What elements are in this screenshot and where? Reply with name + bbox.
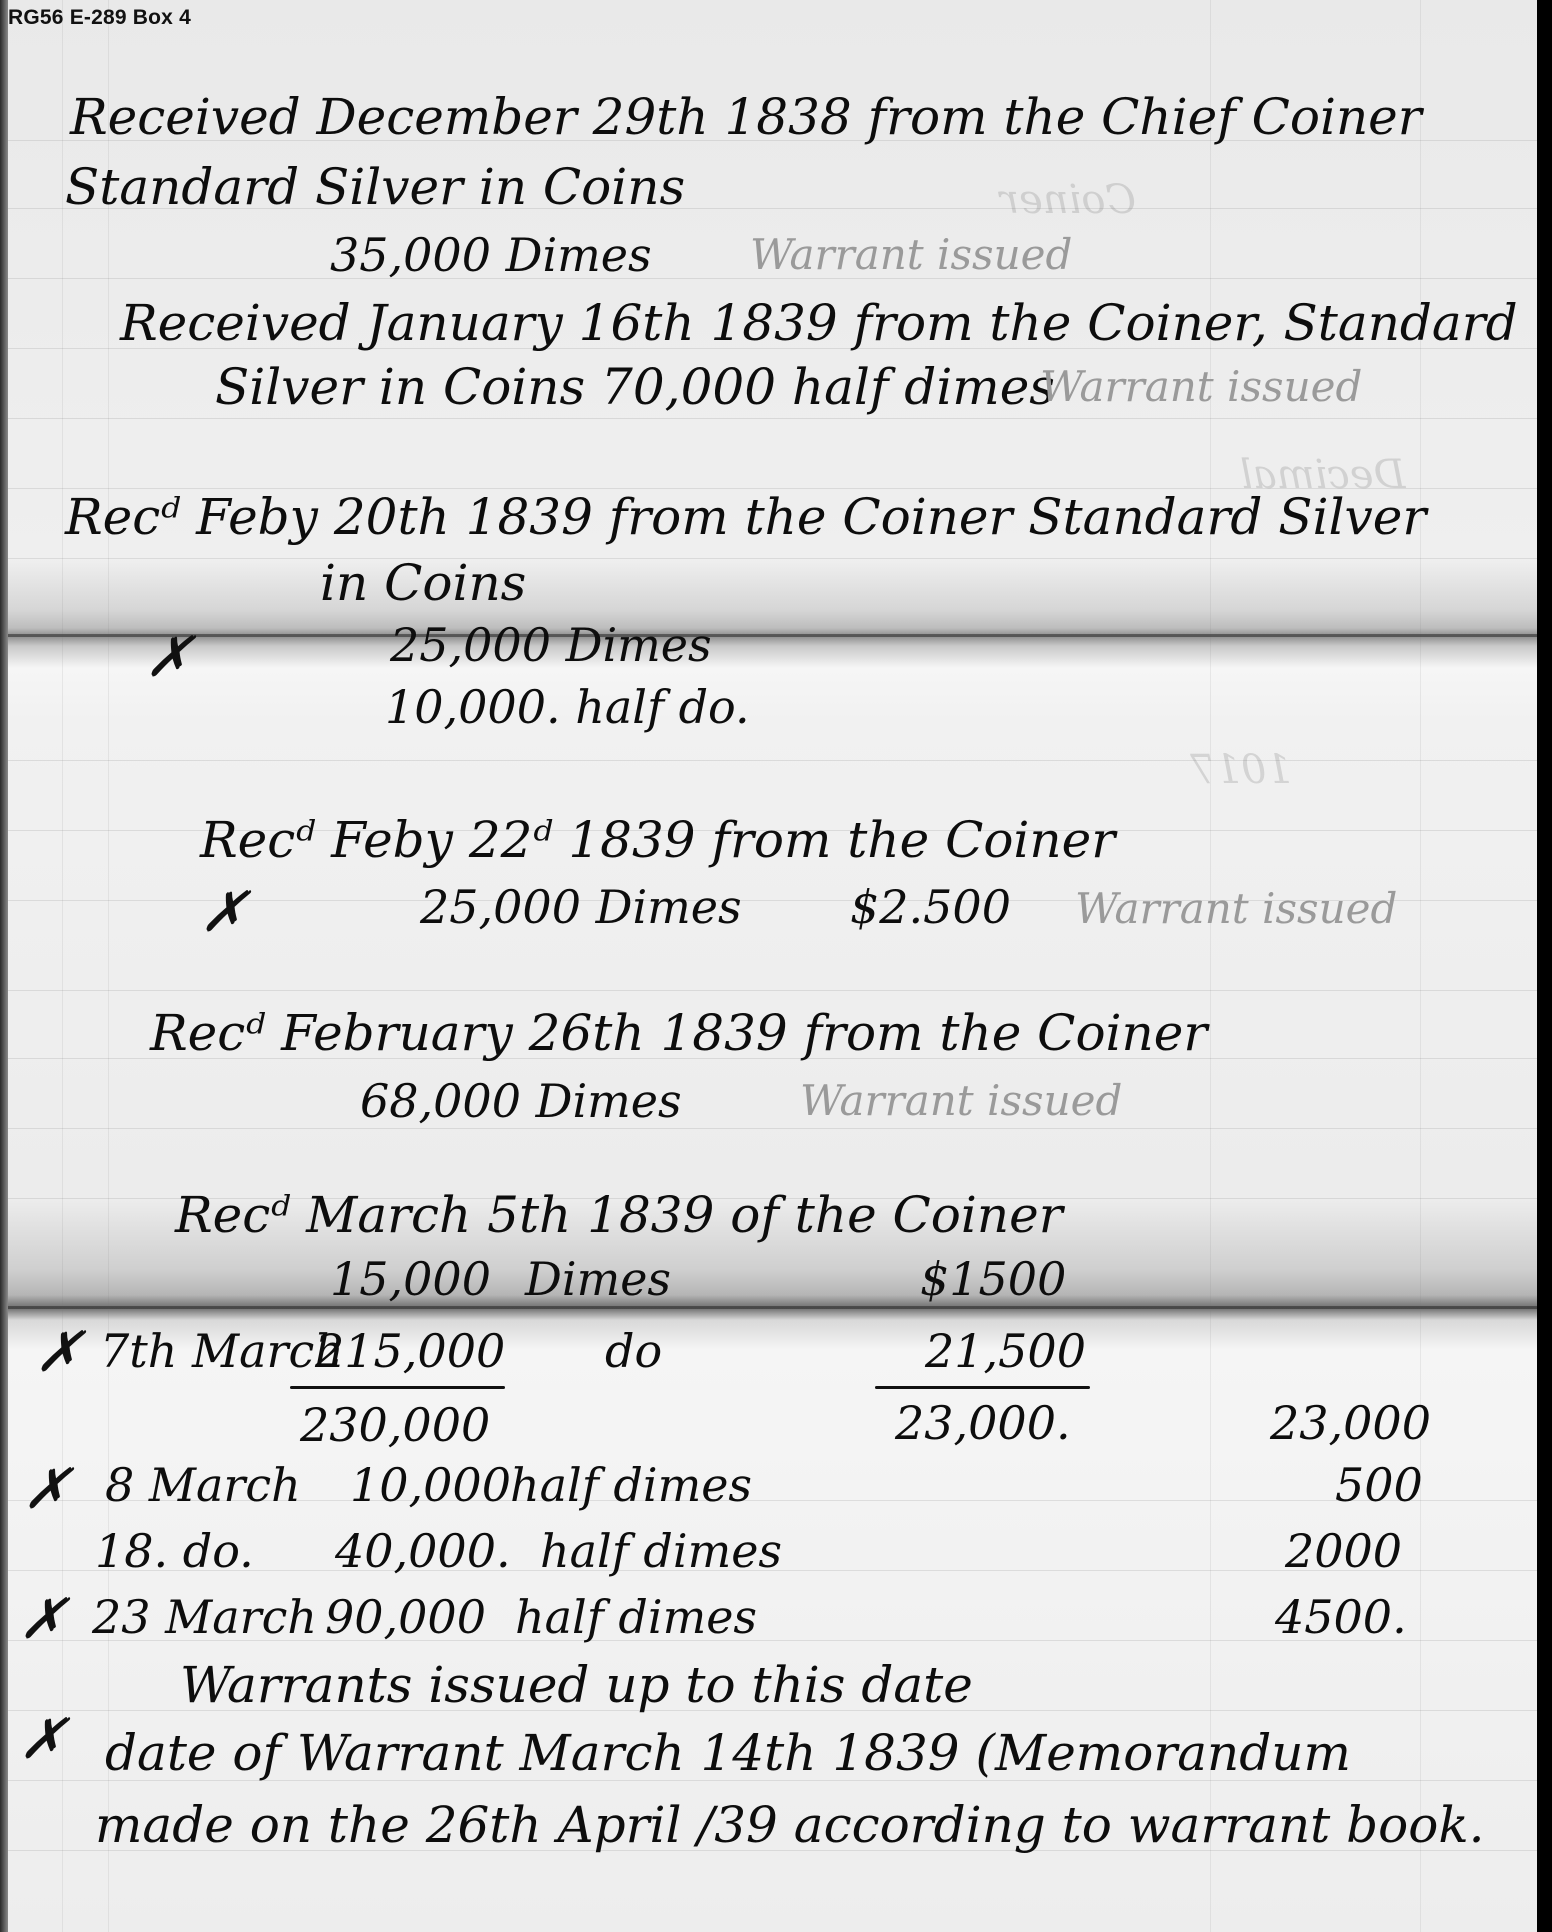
ruled-line <box>8 990 1537 991</box>
ledger-row-2-date: 18. do. <box>95 1528 254 1574</box>
ledger-row-3-qty: 90,000 <box>325 1594 486 1640</box>
bleed-through-text: 1017 <box>1190 750 1292 790</box>
ledger-row-3-amount: 4500. <box>1275 1594 1407 1640</box>
entry-2-line-2: Silver in Coins 70,000 half dimes <box>215 362 1055 412</box>
ledger-row-1-qty: 10,000 <box>350 1462 511 1508</box>
subtotal-underline <box>875 1386 1090 1389</box>
ruled-line <box>8 558 1537 559</box>
entry-5-amount: 68,000 Dimes <box>360 1078 682 1124</box>
entry-5-line-1: Recᵈ February 26th 1839 from the Coiner <box>150 1008 1207 1058</box>
entry-3-line-1: Recᵈ Feby 20th 1839 from the Coiner Stan… <box>65 492 1426 542</box>
ledger-row-1-amount: 500 <box>1335 1462 1423 1508</box>
scan-left-edge <box>0 0 8 1932</box>
ledger-row-1-date: 8 March <box>105 1462 301 1508</box>
fold-crease <box>8 634 1537 637</box>
memorandum-note: made on the 26th April /39 according to … <box>95 1800 1485 1850</box>
ledger-row-2-amount: 2000 <box>1285 1528 1402 1574</box>
entry-6-row2-date: 7th March <box>100 1328 344 1374</box>
ruled-column <box>1210 0 1211 1932</box>
fold-crease <box>8 1306 1537 1309</box>
entry-6-total-qty: 230,000 <box>300 1402 490 1448</box>
subtotal-underline <box>290 1386 505 1389</box>
entry-3-line-2: in Coins <box>320 558 526 608</box>
entry-1-amount: 35,000 Dimes <box>330 232 652 278</box>
entry-1-warrant-note: Warrant issued <box>750 234 1072 276</box>
entry-2-warrant-note: Warrant issued <box>1040 366 1362 408</box>
entry-2-line-1: Received January 16th 1839 from the Coin… <box>120 298 1518 348</box>
entry-6-total-value: 23,000. <box>895 1400 1071 1446</box>
entry-6-row2-value: 21,500 <box>925 1328 1086 1374</box>
entry-6-row1-desc: Dimes <box>525 1256 671 1302</box>
archive-label: RG56 E-289 Box 4 <box>8 6 191 30</box>
ledger-row-3-desc: half dimes <box>515 1594 757 1640</box>
entry-6-row1-value: $1500 <box>920 1256 1066 1302</box>
entry-6-total-column: 23,000 <box>1270 1400 1431 1446</box>
warrants-issued-note: Warrants issued up to this date <box>180 1660 973 1710</box>
warrant-date-note: date of Warrant March 14th 1839 (Memoran… <box>105 1728 1351 1778</box>
entry-6-row2-desc: do <box>605 1328 662 1374</box>
entry-6-line-1: Recᵈ March 5th 1839 of the Coiner <box>175 1190 1063 1240</box>
ledger-row-1-desc: half dimes <box>510 1462 752 1508</box>
ledger-row-2-qty: 40,000. <box>335 1528 511 1574</box>
entry-4-value: $2.500 <box>850 884 1011 930</box>
entry-1-line-2: Standard Silver in Coins <box>65 162 685 212</box>
entry-3-amount-half-dimes: 10,000. half do. <box>385 684 750 730</box>
entry-5-warrant-note: Warrant issued <box>800 1080 1122 1122</box>
entry-4-warrant-note: Warrant issued <box>1075 888 1397 930</box>
bleed-through-text: Coiner <box>1000 180 1136 220</box>
ruled-line <box>8 760 1537 761</box>
ruled-line <box>8 418 1537 419</box>
entry-6-row2-qty: 215,000 <box>315 1328 505 1374</box>
entry-6-row1-qty: 15,000 <box>330 1256 491 1302</box>
entry-3-amount-dimes: 25,000 Dimes <box>390 622 712 668</box>
ruled-line <box>8 1128 1537 1129</box>
entry-4-line-1: Recᵈ Feby 22ᵈ 1839 from the Coiner <box>200 815 1115 865</box>
entry-4-amount: 25,000 Dimes <box>420 884 742 930</box>
entry-1-line-1: Received December 29th 1838 from the Chi… <box>70 92 1422 142</box>
ledger-row-3-date: 23 March <box>92 1594 317 1640</box>
ruled-column <box>1420 0 1421 1932</box>
scan-right-edge <box>1537 0 1552 1932</box>
ledger-row-2-desc: half dimes <box>540 1528 782 1574</box>
